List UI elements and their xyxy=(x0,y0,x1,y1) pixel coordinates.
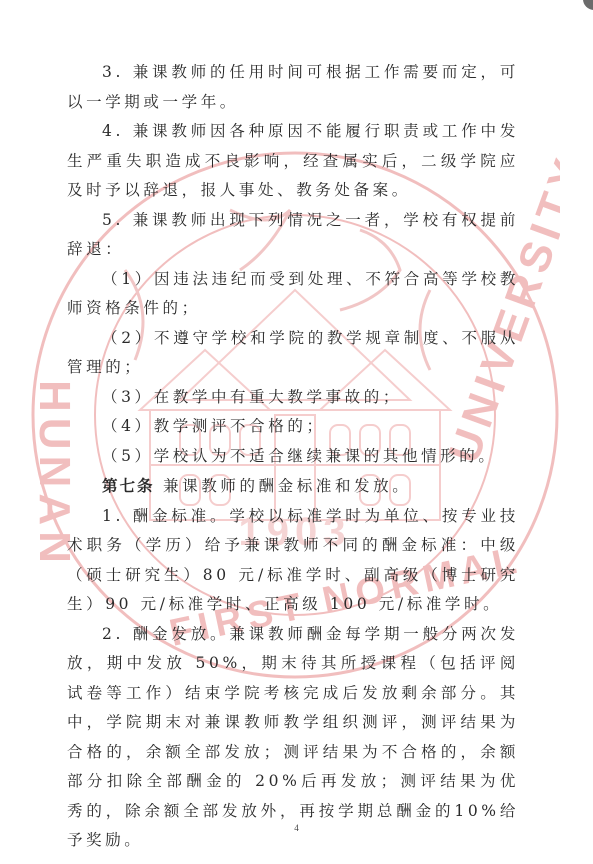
page-number: 4 xyxy=(0,823,593,833)
article-7-heading: 第七条 兼课教师的酬金标准和发放。 xyxy=(67,471,519,502)
clause-5-item-5: （5）学校认为不适合继续兼课的其他情形的。 xyxy=(67,442,519,472)
article-7-title: 兼课教师的酬金标准和发放。 xyxy=(155,477,412,495)
clause-3: 3. 兼课教师的任用时间可根据工作需要而定，可以一学期或一学年。 xyxy=(67,58,519,117)
document-body: 3. 兼课教师的任用时间可根据工作需要而定，可以一学期或一学年。 4. 兼课教师… xyxy=(67,58,519,856)
clause-5-item-4: （4）教学测评不合格的； xyxy=(67,412,519,442)
article-7-clause-2: 2. 酬金发放。兼课教师酬金每学期一般分两次发放，期中发放 50%，期末待其所授… xyxy=(67,620,519,856)
article-7-clause-1: 1. 酬金标准。学校以标准学时为单位、按专业技术职务（学历）给予兼课教师不同的酬… xyxy=(67,502,519,620)
clause-4: 4. 兼课教师因各种原因不能履行职责或工作中发生严重失职造成不良影响，经查属实后… xyxy=(67,117,519,206)
article-7-label: 第七条 xyxy=(102,476,155,495)
corner-scroll-indicator xyxy=(583,0,593,10)
clause-5-item-1: （1）因违法违纪而受到处理、不符合高等学校教师资格条件的； xyxy=(67,265,519,324)
clause-5: 5. 兼课教师出现下列情况之一者，学校有权提前辞退： xyxy=(67,206,519,265)
clause-5-item-3: （3）在教学中有重大教学事故的； xyxy=(67,383,519,413)
clause-5-item-2: （2）不遵守学校和学院的教学规章制度、不服从管理的； xyxy=(67,324,519,383)
